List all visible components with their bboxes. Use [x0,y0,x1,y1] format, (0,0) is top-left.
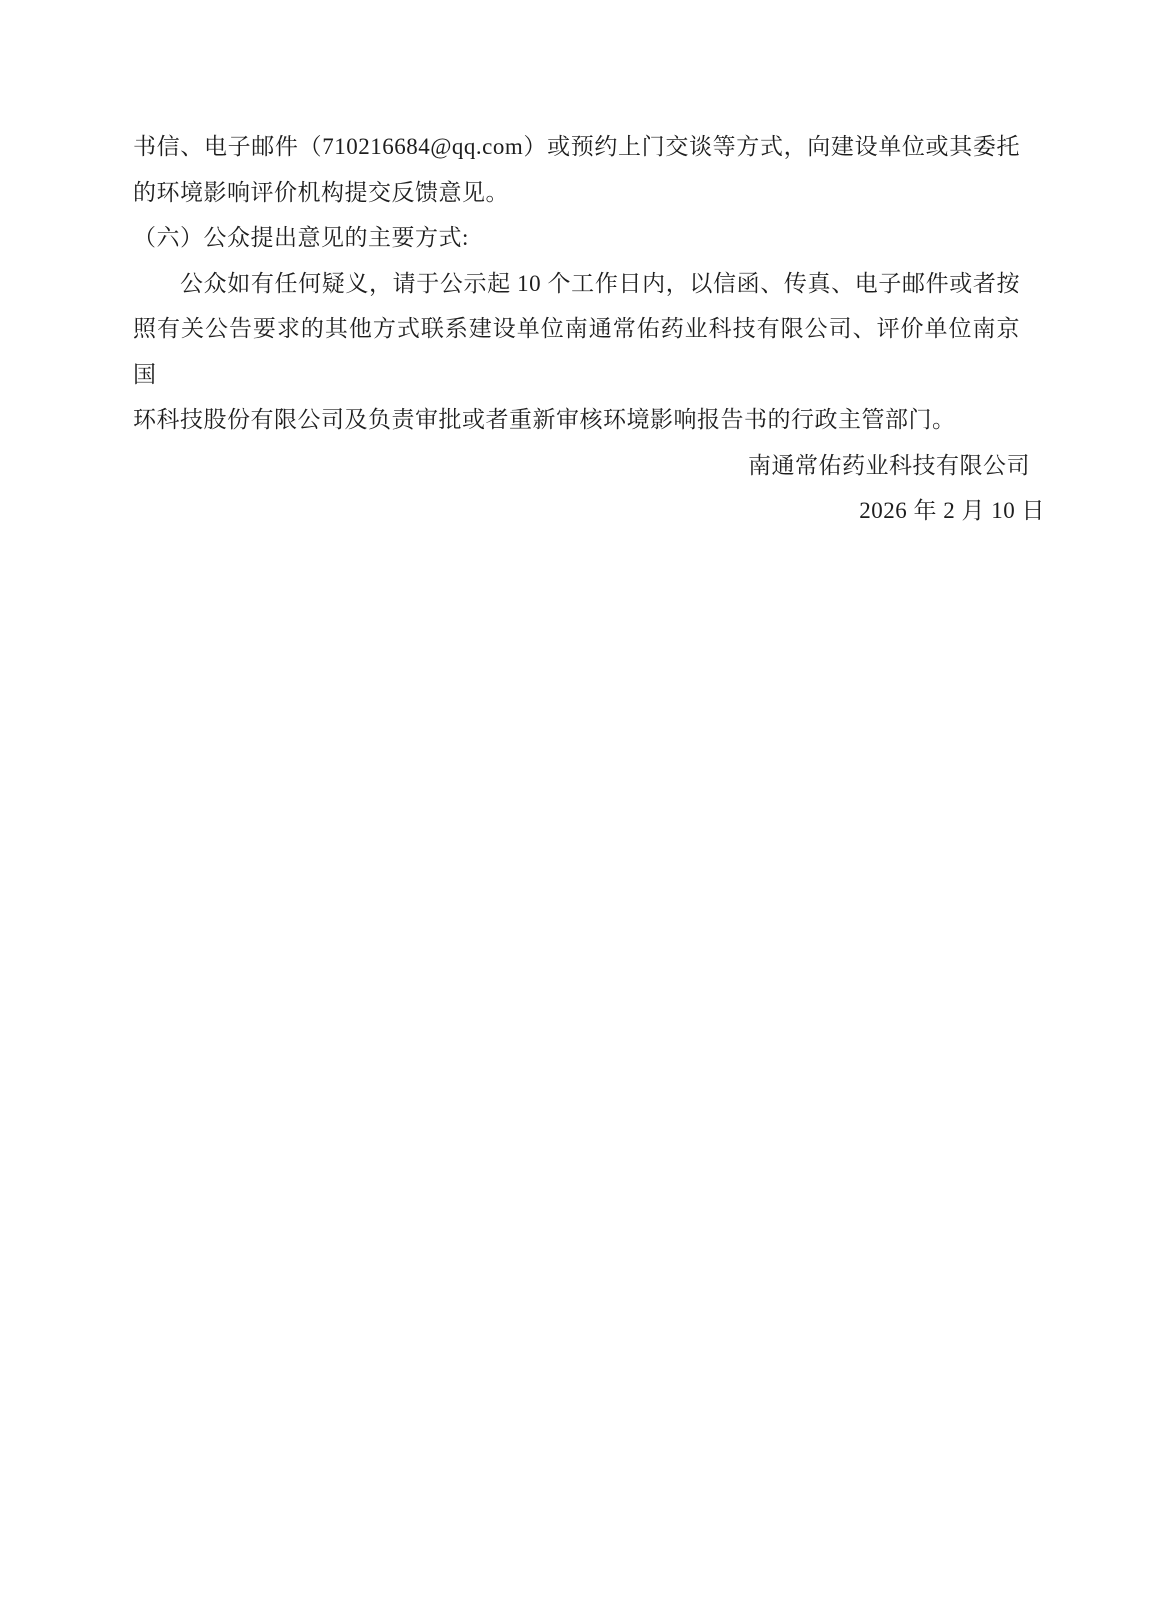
body-text-line: 的环境影响评价机构提交反馈意见。 [133,170,1020,216]
signature-date: 2026 年 2 月 10 日 [133,488,1045,534]
document-content: 书信、电子邮件（710216684@qq.com）或预约上门交谈等方式，向建设单… [133,124,1020,534]
body-text-line: 照有关公告要求的其他方式联系建设单位南通常佑药业科技有限公司、评价单位南京国 [133,306,1020,397]
document-page: 书信、电子邮件（710216684@qq.com）或预约上门交谈等方式，向建设单… [0,0,1150,1624]
section-heading: （六）公众提出意见的主要方式: [133,215,1020,261]
body-text-line: 书信、电子邮件（710216684@qq.com）或预约上门交谈等方式，向建设单… [133,124,1020,170]
signature-company: 南通常佑药业科技有限公司 [133,443,1030,489]
body-text-line: 公众如有任何疑义，请于公示起 10 个工作日内，以信函、传真、电子邮件或者按 [133,261,1020,307]
body-text-line: 环科技股份有限公司及负责审批或者重新审核环境影响报告书的行政主管部门。 [133,397,1020,443]
